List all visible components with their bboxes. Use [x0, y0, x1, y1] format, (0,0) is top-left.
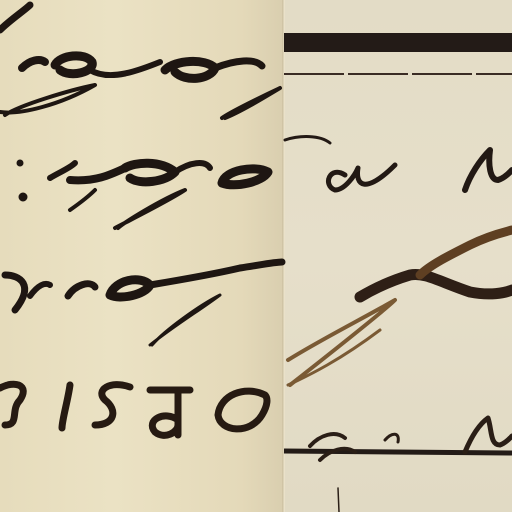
left-text-line-2 — [17, 160, 268, 228]
handwriting-ink — [0, 0, 512, 512]
right-text-lower — [310, 418, 512, 512]
left-text-line-3 — [5, 262, 282, 345]
thick-rule-line — [284, 33, 512, 52]
right-text-brown — [288, 230, 512, 385]
bottom-rule-line — [284, 451, 512, 453]
left-text-line-1 — [0, 5, 280, 118]
right-text-upper — [285, 137, 512, 190]
manuscript-photo: Close-up photograph of aged handwritten … — [0, 0, 512, 512]
left-text-line-4 — [0, 384, 267, 435]
